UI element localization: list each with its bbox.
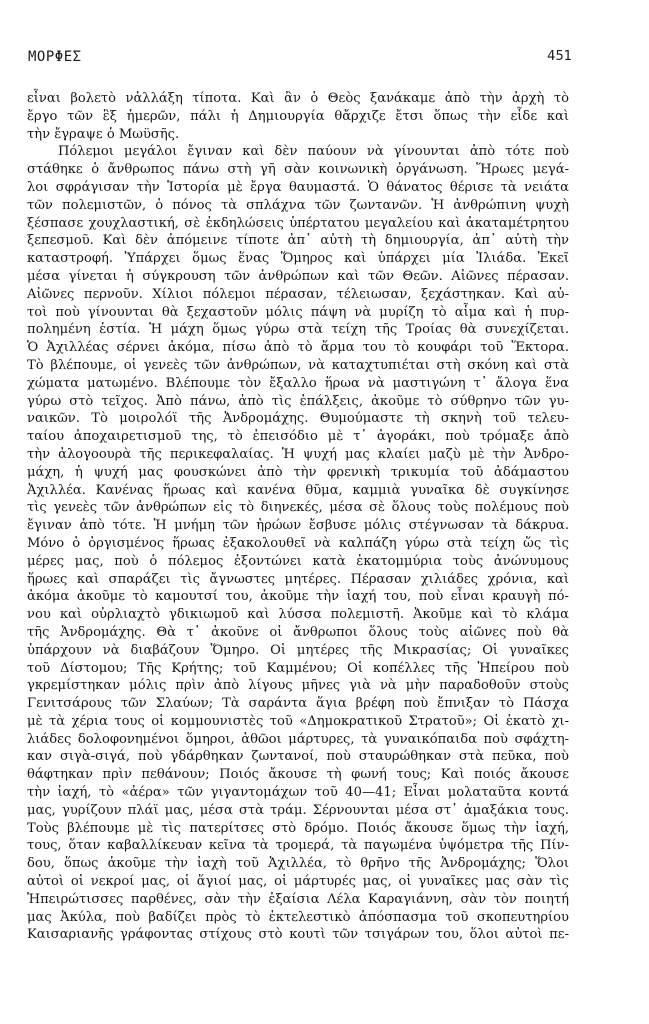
text-line: νου καὶ οὐρλιαχτὸ γδικιωμοῦ καὶ λύσσα πο… (27, 606, 569, 624)
paragraph-2: Πόλεμοι μεγάλοι ἔγιναν καὶ δὲν παύουν νὰ… (27, 143, 569, 962)
text-line: Πόλεμοι μεγάλοι ἔγιναν καὶ δὲν παύουν νὰ… (27, 143, 569, 161)
text-line: τῶν πολεμιστῶν, ὁ πόνος τὰ σπλάχνα τῶν ζ… (27, 197, 569, 215)
text-line: Ἠπειρώτισσες παρθένες, σὰν τὴν ἐξαίσια Λ… (27, 891, 569, 909)
text-line: ἔγιναν ἀπὸ τότε. Ἡ μνήμη τῶν ἡρώων ἔσβυσ… (27, 517, 569, 535)
text-line: Καισαριανῆς γράφοντας στίχους στὸ κουτὶ … (27, 926, 569, 944)
paragraph-1: εἶναι βολετὸ νἀλλάξη τίποτα. Καὶ ἂν ὁ Θε… (27, 90, 569, 143)
text-line: χώματα ματωμένο. Βλέπουμε τὸν ἔξαλλο ἥρω… (27, 375, 569, 393)
text-line: στάθηκε ὁ ἄνθρωπος πάνω στὴ γῆ σὰν κοινω… (27, 161, 569, 179)
text-line: μέρες μας, ποὺ ὁ πόλεμος ἐξοντώνει κατὰ … (27, 553, 569, 571)
text-line: λιάδες δολοφονημένοι ὅμηροι, ἀθῶοι μάρτυ… (27, 731, 569, 749)
text-line: ναικῶν. Τὸ μοιρολόϊ τῆς Ἀνδρομάχης. Θυμο… (27, 410, 569, 428)
text-line: Αἰῶνες περνοῦν. Χίλιοι πόλεμοι πέρασαν, … (27, 286, 569, 304)
text-line: τὴν ἀλογοουρὰ τῆς περικεφαλαίας. Ἡ ψυχή … (27, 446, 569, 464)
text-line: ταίου ἀποχαιρετισμοῦ της, τὸ ἐπεισόδιο μ… (27, 428, 569, 446)
text-line: Τοὺς βλέπουμε μὲ τὶς πατερίτσες στὸ δρόμ… (27, 820, 569, 838)
text-line: μέσα γίνεται ἡ σύγκρουση τῶν ἀνθρώπων κα… (27, 268, 569, 286)
text-line: Γενιτσάρους τῶν Σλαύων; Τὰ σαράντα ἅγια … (27, 695, 569, 713)
text-line: ὑπάρχουν νὰ διαβάζουν Ὅμηρο. Οἱ μητέρες … (27, 642, 569, 660)
text-line: ἥρωες καὶ σπαράζει τὶς ἄγνωστες μητέρες.… (27, 571, 569, 589)
text-line: δου, ὅπως ἀκοῦμε τὴν ἰαχὴ τοῦ Ἀχιλλέα, τ… (27, 855, 569, 873)
text-line: Τὸ βλέπουμε, οἱ γενεὲς τῶν ἀνθρώπων, νὰ … (27, 357, 569, 375)
text-line: μας, γυρίζουν πλάϊ μας, μέσα στὰ τράμ. Σ… (27, 802, 569, 820)
text-line: καταστροφή. Ὑπάρχει ὅμως ἕνας Ὅμηρος καὶ… (27, 250, 569, 268)
body-text: εἶναι βολετὸ νἀλλάξη τίποτα. Καὶ ἂν ὁ Θε… (27, 90, 569, 962)
text-line: μὲ τὰ χέρια τους οἱ κομμουνιστὲς τοῦ «Δη… (27, 713, 569, 731)
text-line: τοὶ ποὺ γίνουνται θὰ ξεχαστοῦν μόλις πάψ… (27, 304, 569, 322)
text-line: Ὁ Ἀχιλλέας σέρνει ἀκόμα, πίσω ἀπὸ τὸ ἅρμ… (27, 339, 569, 357)
text-line: τὶς γενεὲς τῶν ἀνθρώπων εἰς τὸ διηνεκές,… (27, 499, 569, 517)
running-title: ΜΟΡΦΕΣ (28, 49, 82, 65)
text-line: γκρεμίστηκαν μόλις πρὶν ἀπὸ λίγους μῆνες… (27, 677, 569, 695)
text-line: ξέσπασε χουχλαστική, σὲ ἐκδηλώσεις ὑπέρτ… (27, 215, 569, 233)
text-line: τοῦ Δίστομου; Τῆς Κρήτης; τοῦ Καμμένου; … (27, 660, 569, 678)
text-line: γύρω στὸ τεῖχος. Ἀπὸ πάνω, ἀπὸ τὶς ἐπάλξ… (27, 393, 569, 411)
text-line: ἀκόμα ἀκοῦμε τὸ καμουτσί του, ἀκοῦμε τὴν… (27, 588, 569, 606)
text-line: μάχη, ἡ ψυχή μας φουσκώνει ἀπὸ τὴν φρενι… (27, 464, 569, 482)
text-line: τὴν ἔγραψε ὁ Μωϋσῆς. (27, 126, 569, 144)
page-number: 451 (547, 49, 572, 64)
text-line: καν σιγὰ-σιγά, ποὺ γδάρθηκαν ζωντανοί, π… (27, 748, 569, 766)
text-line: πολημένη ἑστία. Ἡ μάχη ὅμως γύρω στὰ τεί… (27, 321, 569, 339)
text-line: εἶναι βολετὸ νἀλλάξη τίποτα. Καὶ ἂν ὁ Θε… (27, 90, 569, 108)
text-line: Μόνο ὁ ὀργισμένος ἥρωας ἐξακολουθεῖ νὰ κ… (27, 535, 569, 553)
text-line: αὐτοὶ οἱ νεκροί μας, οἱ ἅγιοί μας, οἱ μά… (27, 873, 569, 891)
text-line: τὴν ἰαχή, τὸ «ἀέρα» τῶν γιγαντομάχων τοῦ… (27, 784, 569, 802)
text-line: μας Ἀκύλα, ποὺ βαδίζει πρὸς τὸ ἐκτελεστι… (27, 909, 569, 927)
text-line: τῆς Ἀνδρομάχης. Θὰ τ᾽ ἀκοῦνε οἱ ἄνθρωποι… (27, 624, 569, 642)
text-line: λοι σφράγισαν τὴν Ἱστορία μὲ ἔργα θαυμασ… (27, 179, 569, 197)
text-line: ἔργο τῶν ἓξ ἡμερῶν, πάλι ἡ Δημιουργία θἄ… (27, 108, 569, 126)
text-line: Ἀχιλλέα. Κανένας ἥρωας καὶ κανένα θῦμα, … (27, 482, 569, 500)
text-line: ξεπεσμοῦ. Καὶ δὲν ἀπόμεινε τίποτε ἀπ᾽ αὐ… (27, 232, 569, 250)
text-line: θάφτηκαν πρὶν πεθάνουν; Ποιός ἄκουσε τὴ … (27, 766, 569, 784)
page-header: ΜΟΡΦΕΣ 451 (28, 49, 568, 69)
text-line: τους, ὅταν καβαλλίκευαν κεῖνα τὰ τρομερά… (27, 837, 569, 855)
text-line (27, 944, 569, 962)
